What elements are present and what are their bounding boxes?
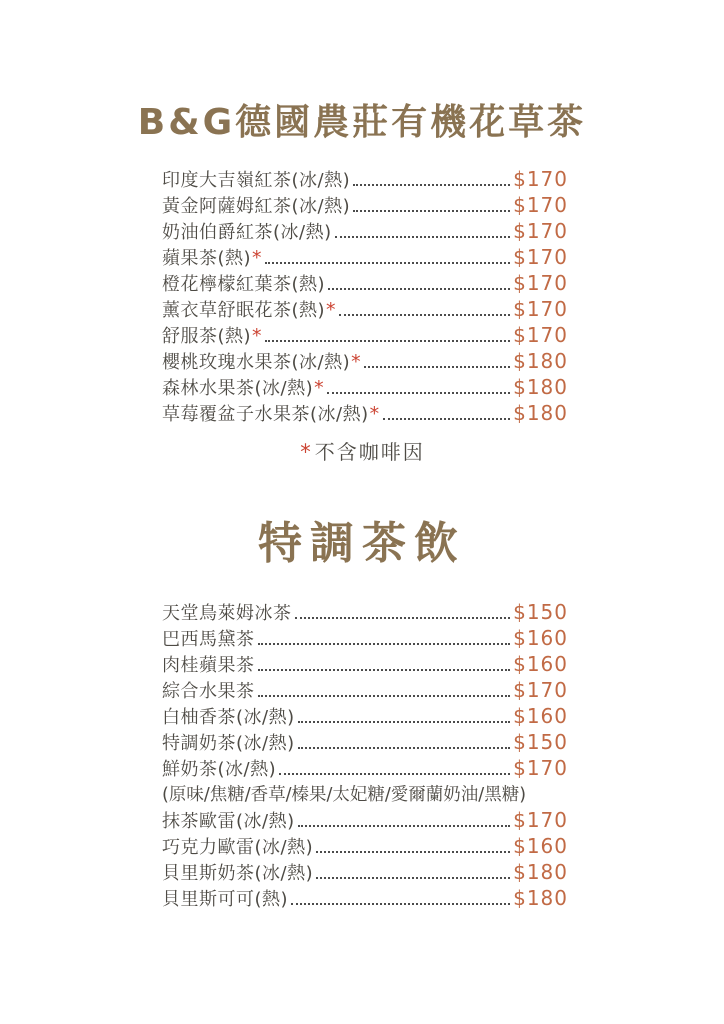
item-price: $170: [513, 297, 568, 321]
dotted-leader: [258, 695, 511, 697]
flavor-options-row: (原味/焦糖/香草/榛果/太妃糖/愛爾蘭奶油/黑糖): [162, 781, 568, 807]
item-price: $180: [513, 401, 568, 425]
menu-item: 黃金阿薩姆紅茶(冰/熱)$170: [162, 192, 568, 218]
item-name: 綜合水果茶: [162, 677, 255, 703]
menu-item: 橙花檸檬紅葉茶(熱)$170: [162, 270, 568, 296]
dotted-leader: [335, 236, 510, 238]
item-price: $160: [513, 834, 568, 858]
menu-item: 抹茶歐雷(冰/熱)$170: [162, 807, 568, 833]
item-name: 蘋果茶(熱): [162, 244, 251, 270]
item-price: $170: [513, 167, 568, 191]
item-name: 印度大吉嶺紅茶(冰/熱): [162, 166, 350, 192]
menu-item: 蘋果茶(熱)*$170: [162, 244, 568, 270]
section-title-specialty-tea: 特調茶飲: [0, 465, 724, 573]
item-price: $180: [513, 886, 568, 910]
note-text: 不含咖啡因: [315, 440, 425, 464]
asterisk-mark: *: [299, 440, 315, 464]
item-name: 草莓覆盆子水果茶(冰/熱): [162, 400, 369, 426]
item-price: $170: [513, 756, 568, 780]
dotted-leader: [279, 773, 510, 775]
menu-item: 舒服茶(熱)*$170: [162, 322, 568, 348]
dotted-leader: [353, 210, 510, 212]
item-price: $170: [513, 219, 568, 243]
item-price: $180: [513, 375, 568, 399]
item-price: $160: [513, 652, 568, 676]
item-name: 肉桂蘋果茶: [162, 651, 255, 677]
dotted-leader: [364, 366, 510, 368]
dotted-leader: [298, 825, 510, 827]
menu-item: 巧克力歐雷(冰/熱)$160: [162, 833, 568, 859]
dotted-leader: [295, 617, 511, 619]
menu-item: 鮮奶茶(冰/熱)$170: [162, 755, 568, 781]
item-price: $170: [513, 193, 568, 217]
item-name: 黃金阿薩姆紅茶(冰/熱): [162, 192, 350, 218]
item-price: $170: [513, 245, 568, 269]
dotted-leader: [265, 340, 510, 342]
item-name: 天堂鳥萊姆冰茶: [162, 599, 292, 625]
menu-item: 天堂鳥萊姆冰茶$150: [162, 599, 568, 625]
dotted-leader: [327, 392, 510, 394]
item-name: 橙花檸檬紅葉茶(熱): [162, 270, 325, 296]
item-asterisk: *: [369, 403, 380, 425]
item-price: $180: [513, 349, 568, 373]
item-price: $160: [513, 704, 568, 728]
dotted-leader: [258, 669, 511, 671]
item-name: (原味/焦糖/香草/榛果/太妃糖/愛爾蘭奶油/黑糖): [162, 781, 526, 806]
dotted-leader: [316, 851, 510, 853]
item-asterisk: *: [251, 325, 262, 347]
item-name: 薰衣草舒眠花茶(熱): [162, 296, 325, 322]
dotted-leader: [353, 184, 510, 186]
item-name: 白柚香茶(冰/熱): [162, 703, 295, 729]
menu-item: 綜合水果茶$170: [162, 677, 568, 703]
menu-item: 特調奶茶(冰/熱)$150: [162, 729, 568, 755]
dotted-leader: [298, 721, 510, 723]
dotted-leader: [339, 314, 510, 316]
item-name: 巧克力歐雷(冰/熱): [162, 833, 313, 859]
item-price: $180: [513, 860, 568, 884]
dotted-leader: [383, 418, 510, 420]
menu-item: 森林水果茶(冰/熱)*$180: [162, 374, 568, 400]
item-price: $170: [513, 323, 568, 347]
menu-item: 奶油伯爵紅茶(冰/熱)$170: [162, 218, 568, 244]
item-name: 櫻桃玫瑰水果茶(冰/熱): [162, 348, 350, 374]
item-name: 貝里斯可可(熱): [162, 885, 288, 911]
item-name: 抹茶歐雷(冰/熱): [162, 807, 295, 833]
item-name: 鮮奶茶(冰/熱): [162, 755, 276, 781]
section-title-herbal-tea: B&G德國農莊有機花草茶: [0, 0, 724, 150]
menu-item: 印度大吉嶺紅茶(冰/熱)$170: [162, 166, 568, 192]
dotted-leader: [316, 877, 510, 879]
item-price: $170: [513, 271, 568, 295]
item-name: 貝里斯奶茶(冰/熱): [162, 859, 313, 885]
item-price: $170: [513, 678, 568, 702]
caffeine-free-note: *不含咖啡因: [0, 436, 724, 465]
item-name: 特調奶茶(冰/熱): [162, 729, 295, 755]
item-asterisk: *: [350, 351, 361, 373]
item-price: $150: [513, 600, 568, 624]
specialty-tea-list: 天堂鳥萊姆冰茶$150巴西馬黛茶$160肉桂蘋果茶$160綜合水果茶$170白柚…: [162, 599, 568, 911]
item-name: 森林水果茶(冰/熱): [162, 374, 313, 400]
herbal-tea-list: 印度大吉嶺紅茶(冰/熱)$170黃金阿薩姆紅茶(冰/熱)$170奶油伯爵紅茶(冰…: [162, 166, 568, 426]
menu-item: 貝里斯奶茶(冰/熱)$180: [162, 859, 568, 885]
dotted-leader: [298, 747, 510, 749]
item-asterisk: *: [313, 377, 324, 399]
dotted-leader: [291, 903, 510, 905]
menu-item: 貝里斯可可(熱)$180: [162, 885, 568, 911]
dotted-leader: [265, 262, 510, 264]
menu-item: 巴西馬黛茶$160: [162, 625, 568, 651]
dotted-leader: [258, 643, 511, 645]
item-price: $150: [513, 730, 568, 754]
menu-item: 白柚香茶(冰/熱)$160: [162, 703, 568, 729]
menu-item: 薰衣草舒眠花茶(熱)*$170: [162, 296, 568, 322]
menu-item: 草莓覆盆子水果茶(冰/熱)*$180: [162, 400, 568, 426]
dotted-leader: [328, 288, 510, 290]
item-price: $170: [513, 808, 568, 832]
menu-page: B&G德國農莊有機花草茶 印度大吉嶺紅茶(冰/熱)$170黃金阿薩姆紅茶(冰/熱…: [0, 0, 724, 1024]
item-asterisk: *: [325, 299, 336, 321]
item-price: $160: [513, 626, 568, 650]
item-name: 巴西馬黛茶: [162, 625, 255, 651]
menu-item: 肉桂蘋果茶$160: [162, 651, 568, 677]
item-asterisk: *: [251, 247, 262, 269]
item-name: 舒服茶(熱): [162, 322, 251, 348]
menu-item: 櫻桃玫瑰水果茶(冰/熱)*$180: [162, 348, 568, 374]
item-name: 奶油伯爵紅茶(冰/熱): [162, 218, 332, 244]
